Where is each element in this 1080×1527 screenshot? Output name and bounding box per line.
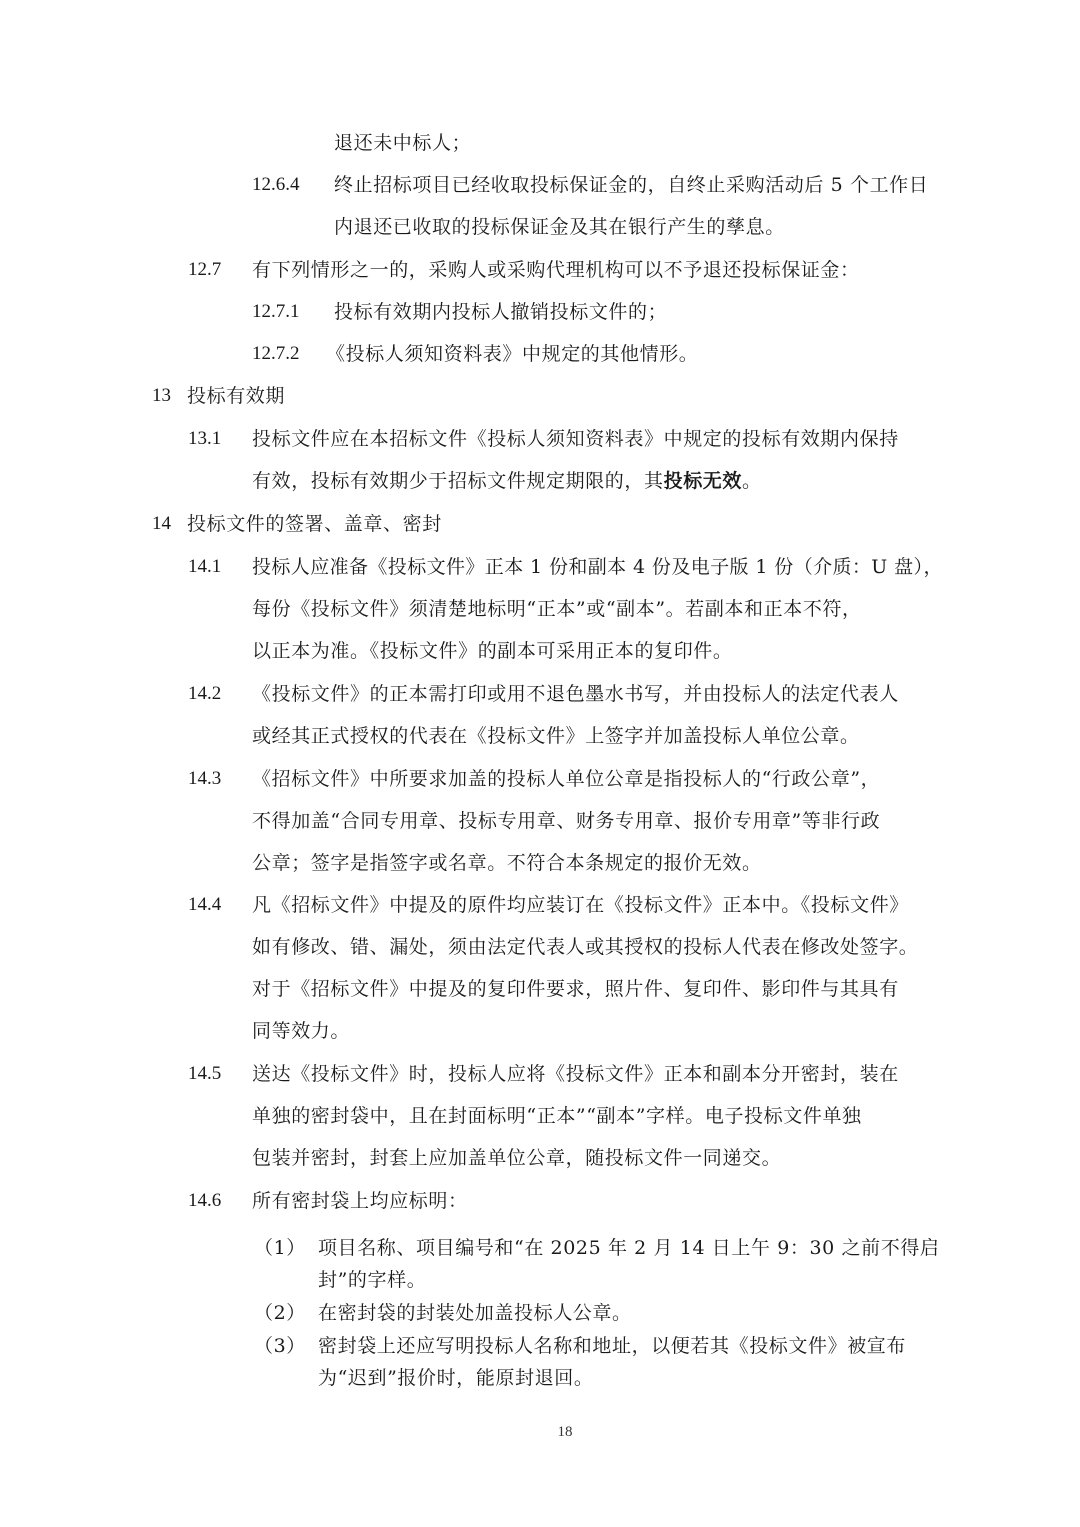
- clause-number-12-6-4: 12.6.4: [252, 173, 300, 197]
- clause-14-5-line-3: 包装并密封，封套上应加盖单位公章，随投标文件一同递交。: [252, 1146, 781, 1170]
- clause-12-6-4-line-1: 终止招标项目已经收取投标保证金的，自终止采购活动后 5 个工作日: [334, 173, 928, 197]
- list-item-1-line-1: 项目名称、项目编号和“在 2025 年 2 月 14 日上午 9：30 之前不得…: [318, 1236, 940, 1260]
- document-page: 退还未中标人； 12.6.4 终止招标项目已经收取投标保证金的，自终止采购活动后…: [0, 0, 1080, 1527]
- list-item-3-line-1: 密封袋上还应写明投标人名称和地址，以便若其《投标文件》被宣布: [318, 1334, 906, 1358]
- list-item-2-text: 在密封袋的封装处加盖投标人公章。: [318, 1301, 632, 1325]
- section-number-14: 14: [152, 512, 171, 536]
- clause-number-12-7-2: 12.7.2: [252, 342, 300, 366]
- clause-number-12-7: 12.7: [188, 258, 221, 282]
- list-marker-3: （3）: [254, 1334, 306, 1358]
- clause-12-6-3-continuation: 退还未中标人；: [334, 131, 471, 155]
- clause-14-4-line-4: 同等效力。: [252, 1019, 350, 1043]
- clause-14-2-line-1: 《投标文件》的正本需打印或用不退色墨水书写，并由投标人的法定代表人: [252, 682, 899, 706]
- clause-number-14-6: 14.6: [188, 1189, 221, 1213]
- page-number: 18: [0, 1424, 1080, 1441]
- clause-12-7-1-text: 投标有效期内投标人撤销投标文件的；: [334, 300, 667, 324]
- list-item-3-line-2: 为“迟到”报价时，能原封退回。: [318, 1366, 593, 1390]
- section-heading-14: 投标文件的签署、盖章、密封: [187, 512, 442, 536]
- clause-13-1-line-1: 投标文件应在本招标文件《投标人须知资料表》中规定的投标有效期内保持: [252, 427, 899, 451]
- clause-number-14-1: 14.1: [188, 555, 221, 579]
- clause-12-7-2-text: 《投标人须知资料表》中规定的其他情形。: [326, 342, 698, 366]
- clause-14-4-line-1: 凡《招标文件》中提及的原件均应装订在《投标文件》正本中。《投标文件》: [252, 893, 909, 917]
- section-number-13: 13: [152, 384, 171, 408]
- list-item-1-line-2: 封”的字样。: [318, 1268, 426, 1292]
- clause-14-5-line-2: 单独的密封袋中，且在封面标明“正本”“副本”字样。电子投标文件单独: [252, 1104, 862, 1128]
- clause-14-6-text: 所有密封袋上均应标明：: [252, 1189, 468, 1213]
- clause-14-3-line-1: 《招标文件》中所要求加盖的投标人单位公章是指投标人的“行政公章”，: [252, 767, 880, 791]
- clause-number-13-1: 13.1: [188, 427, 221, 451]
- clause-number-14-4: 14.4: [188, 893, 221, 917]
- clause-13-1-line-2: 有效，投标有效期少于招标文件规定期限的，其投标无效。: [252, 469, 762, 493]
- clause-number-12-7-1: 12.7.1: [252, 300, 300, 324]
- list-marker-2: （2）: [254, 1301, 306, 1325]
- clause-14-1-line-3: 以正本为准。《投标文件》的副本可采用正本的复印件。: [252, 639, 733, 663]
- clause-12-7-text: 有下列情形之一的，采购人或采购代理机构可以不予退还投标保证金：: [252, 258, 860, 282]
- clause-number-14-3: 14.3: [188, 767, 221, 791]
- clause-number-14-5: 14.5: [188, 1062, 221, 1086]
- clause-14-3-line-2: 不得加盖“合同专用章、投标专用章、财务专用章、报价专用章”等非行政: [252, 809, 880, 833]
- clause-14-4-line-2: 如有修改、错、漏处，须由法定代表人或其授权的投标人代表在修改处签字。: [252, 935, 918, 959]
- clause-number-14-2: 14.2: [188, 682, 221, 706]
- clause-13-1-line-2-text: 有效，投标有效期少于招标文件规定期限的，其: [252, 470, 664, 492]
- clause-13-1-period: 。: [742, 470, 762, 492]
- bid-invalid-emphasis: 投标无效: [664, 470, 742, 492]
- clause-14-5-line-1: 送达《投标文件》时，投标人应将《投标文件》正本和副本分开密封，装在: [252, 1062, 899, 1086]
- clause-14-2-line-2: 或经其正式授权的代表在《投标文件》上签字并加盖投标人单位公章。: [252, 724, 860, 748]
- clause-12-6-4-line-2: 内退还已收取的投标保证金及其在银行产生的孳息。: [334, 215, 785, 239]
- clause-14-1-line-2: 每份《投标文件》须清楚地标明“正本”或“副本”。若副本和正本不符，: [252, 597, 862, 621]
- section-heading-13: 投标有效期: [187, 384, 285, 408]
- clause-14-4-line-3: 对于《招标文件》中提及的复印件要求，照片件、复印件、影印件与其具有: [252, 977, 899, 1001]
- list-marker-1: （1）: [254, 1236, 306, 1260]
- clause-14-1-line-1: 投标人应准备《投标文件》正本 1 份和副本 4 份及电子版 1 份（介质：U 盘…: [252, 555, 943, 579]
- clause-14-3-line-3: 公章；签字是指签字或名章。不符合本条规定的报价无效。: [252, 851, 762, 875]
